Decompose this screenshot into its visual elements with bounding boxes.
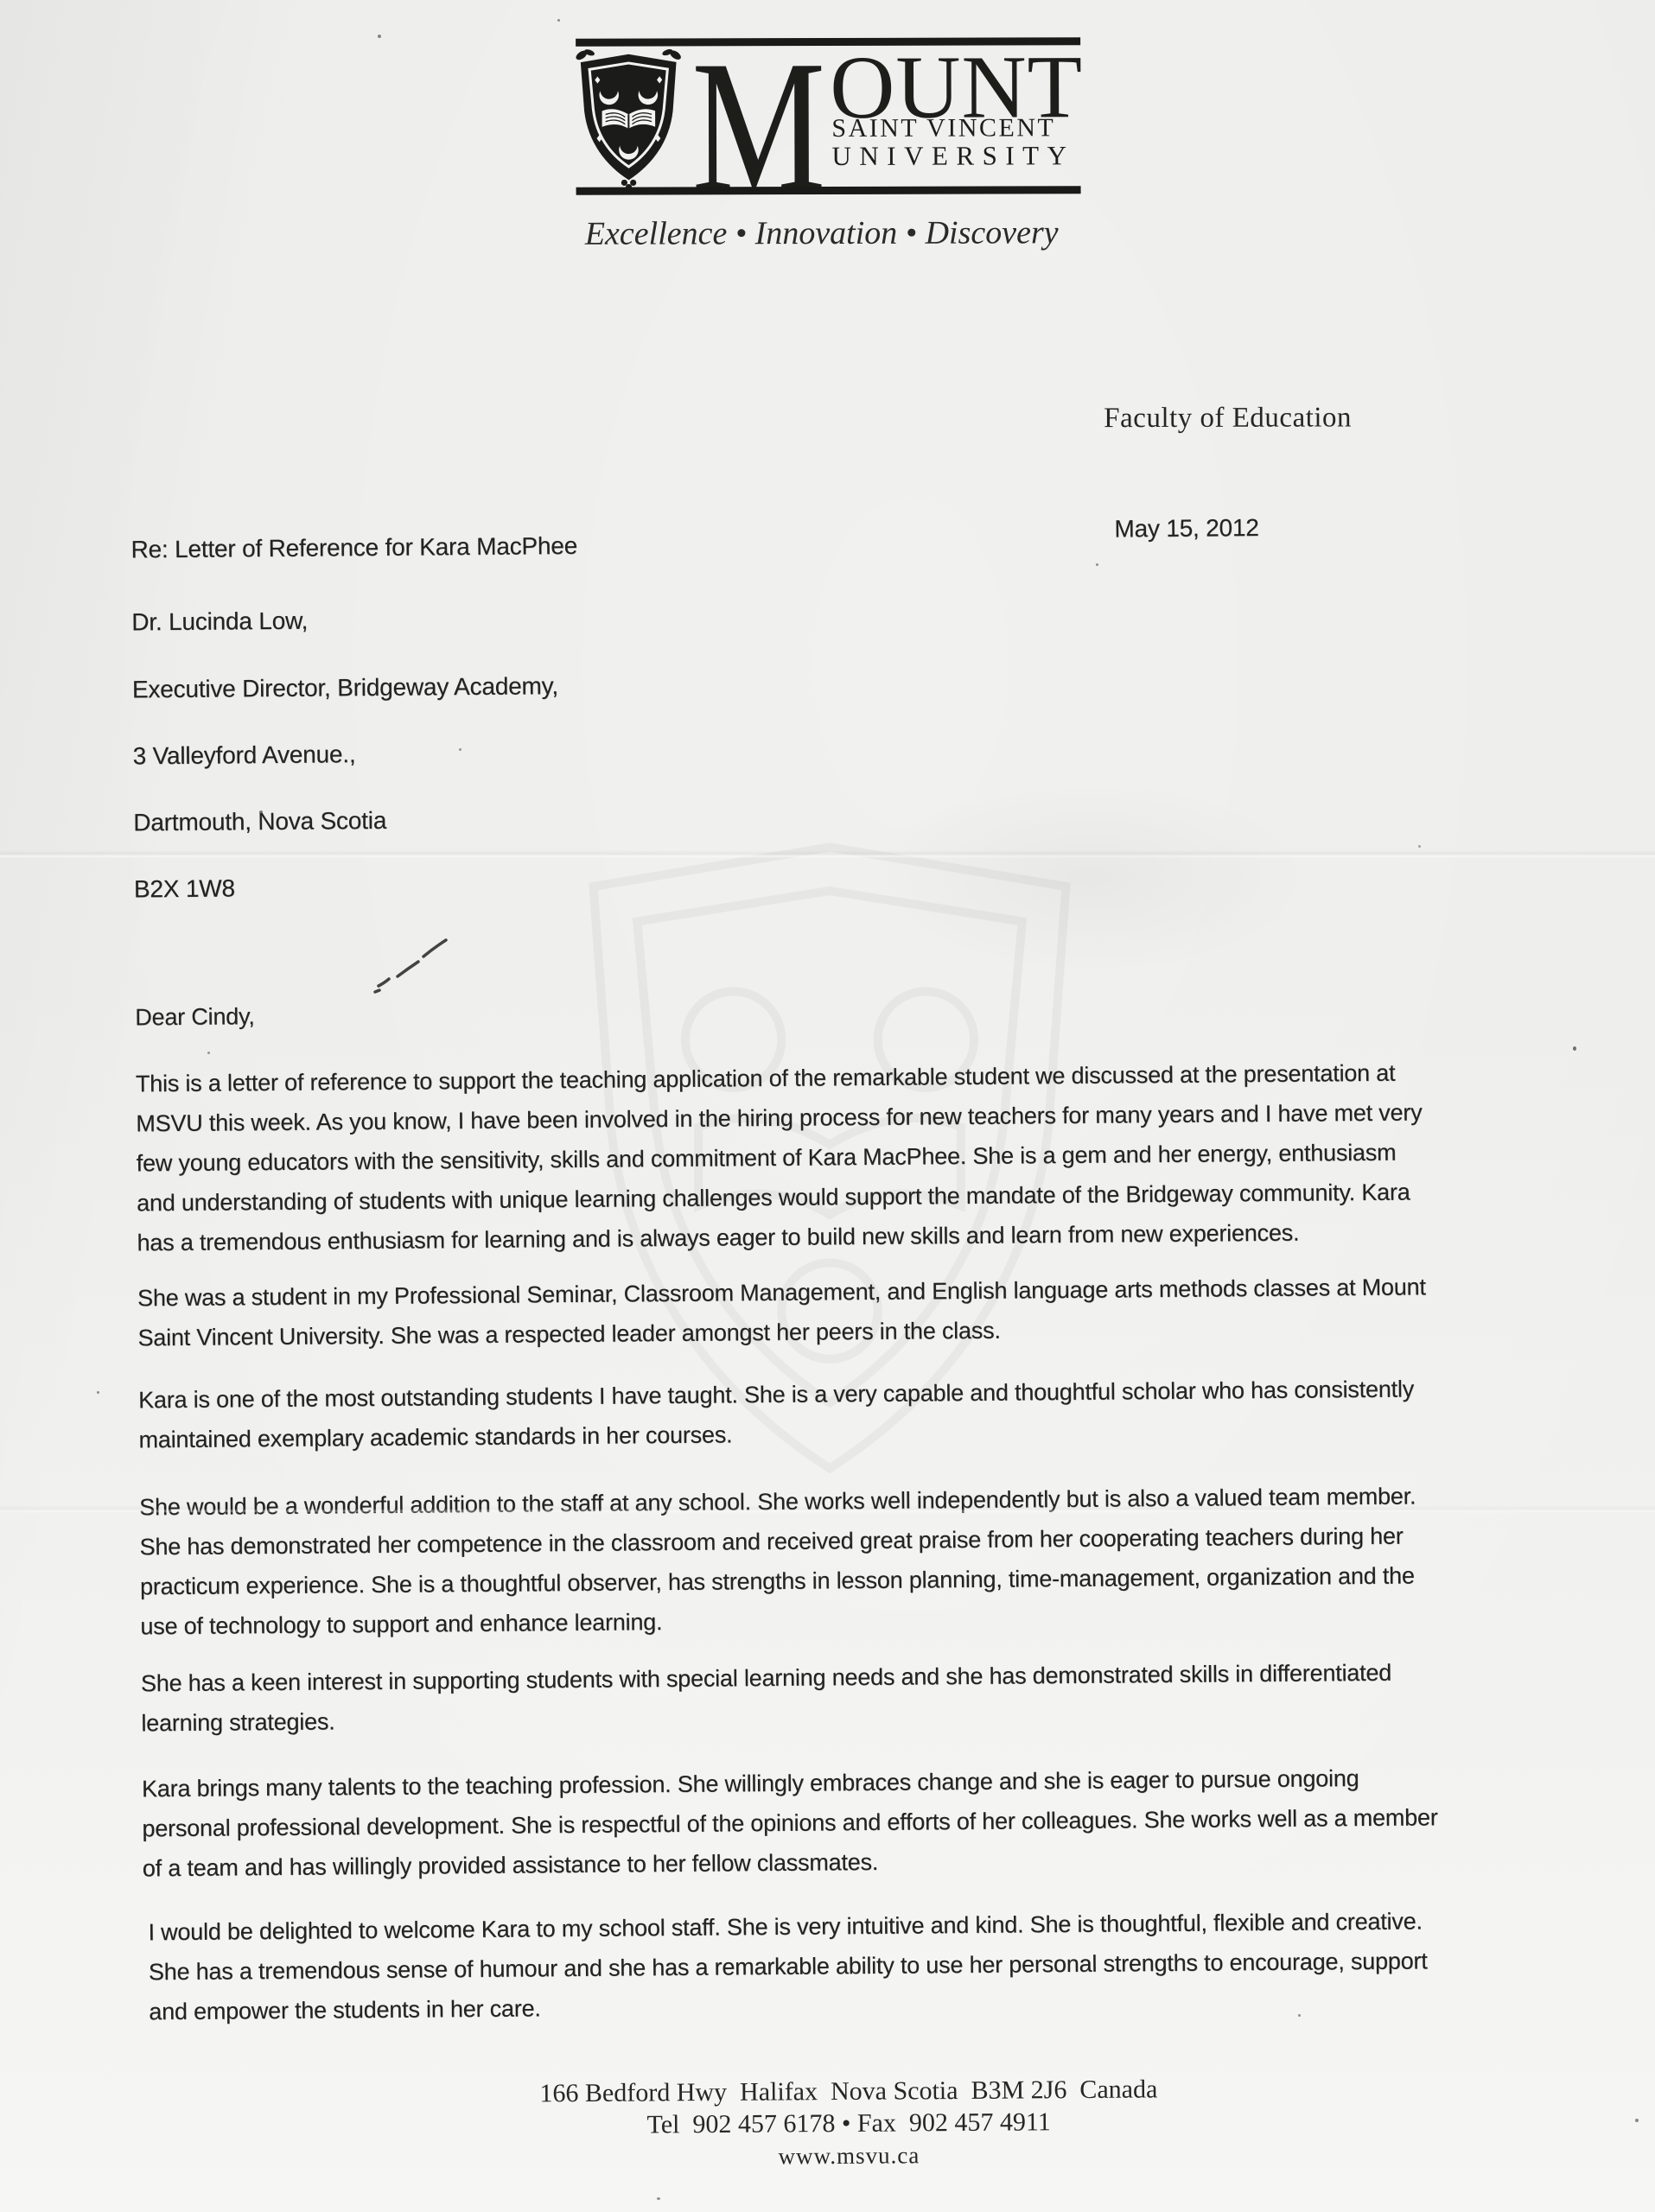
salutation: Dear Cindy, bbox=[135, 1003, 255, 1031]
scan-speck bbox=[97, 1391, 99, 1394]
pen-scribble-mark bbox=[370, 935, 456, 997]
faculty-name: Faculty of Education bbox=[1104, 402, 1352, 435]
scan-speck bbox=[378, 35, 381, 38]
scan-speck bbox=[657, 2197, 660, 2200]
scan-speck bbox=[1096, 563, 1098, 566]
footer-address: 166 Bedford Hwy Halifax Nova Scotia B3M … bbox=[360, 2074, 1337, 2110]
scan-speck bbox=[1573, 1046, 1576, 1051]
paragraph-3: Kara is one of the most outstanding stud… bbox=[138, 1367, 1634, 1459]
scan-speck bbox=[1635, 2119, 1639, 2122]
scan-speck bbox=[207, 1052, 210, 1054]
recipient-name: Dr. Lucinda Low, bbox=[131, 607, 308, 637]
scan-speck bbox=[1298, 2014, 1301, 2017]
scanner-shadow bbox=[864, 778, 1314, 976]
letterhead-footer: 166 Bedford Hwy Halifax Nova Scotia B3M … bbox=[0, 0, 1655, 6]
logo-bottom-rule bbox=[576, 186, 1081, 195]
recipient-street: 3 Valleyford Avenue., bbox=[132, 741, 355, 770]
paragraph-7: I would be delighted to welcome Kara to … bbox=[148, 1899, 1644, 2031]
scan-speck bbox=[1418, 845, 1421, 848]
paragraph-1: This is a letter of reference to support… bbox=[136, 1051, 1633, 1262]
logo-university: UNIVERSITY bbox=[831, 140, 1074, 172]
footer-website: www.msvu.ca bbox=[360, 2139, 1337, 2173]
scan-speck bbox=[459, 748, 461, 751]
paragraph-6: Kara brings many talents to the teaching… bbox=[142, 1756, 1638, 1888]
footer-phone-fax: Tel 902 457 6178 • Fax 902 457 4911 bbox=[360, 2106, 1337, 2142]
paragraph-5: She has a keen interest in supporting st… bbox=[141, 1650, 1637, 1743]
letterhead: M OUNT SAINT VINCENT UNIVERSITY Excellen… bbox=[0, 0, 1655, 3]
recipient-postal-code: B2X 1W8 bbox=[134, 874, 235, 903]
recipient-title: Executive Director, Bridgeway Academy, bbox=[132, 672, 558, 703]
university-tagline: Excellence • Innovation • Discovery bbox=[528, 213, 1116, 253]
letter-date: May 15, 2012 bbox=[1114, 514, 1259, 543]
scanned-letter-page: M OUNT SAINT VINCENT UNIVERSITY Excellen… bbox=[0, 0, 1655, 2212]
university-crest-icon bbox=[569, 48, 688, 188]
paper-crease bbox=[0, 850, 1655, 858]
letter-body: May 15, 2012 Re: Letter of Reference for… bbox=[0, 0, 1655, 6]
paragraph-2: She was a student in my Professional Sem… bbox=[137, 1265, 1633, 1357]
logo-saint-vincent: SAINT VINCENT bbox=[831, 113, 1055, 143]
scan-speck bbox=[259, 810, 263, 814]
scan-speck bbox=[557, 19, 560, 22]
subject-line: Re: Letter of Reference for Kara MacPhee bbox=[130, 532, 577, 564]
paper-crease bbox=[0, 1505, 1655, 1513]
paragraph-4: She would be a wonderful addition to the… bbox=[139, 1474, 1636, 1646]
